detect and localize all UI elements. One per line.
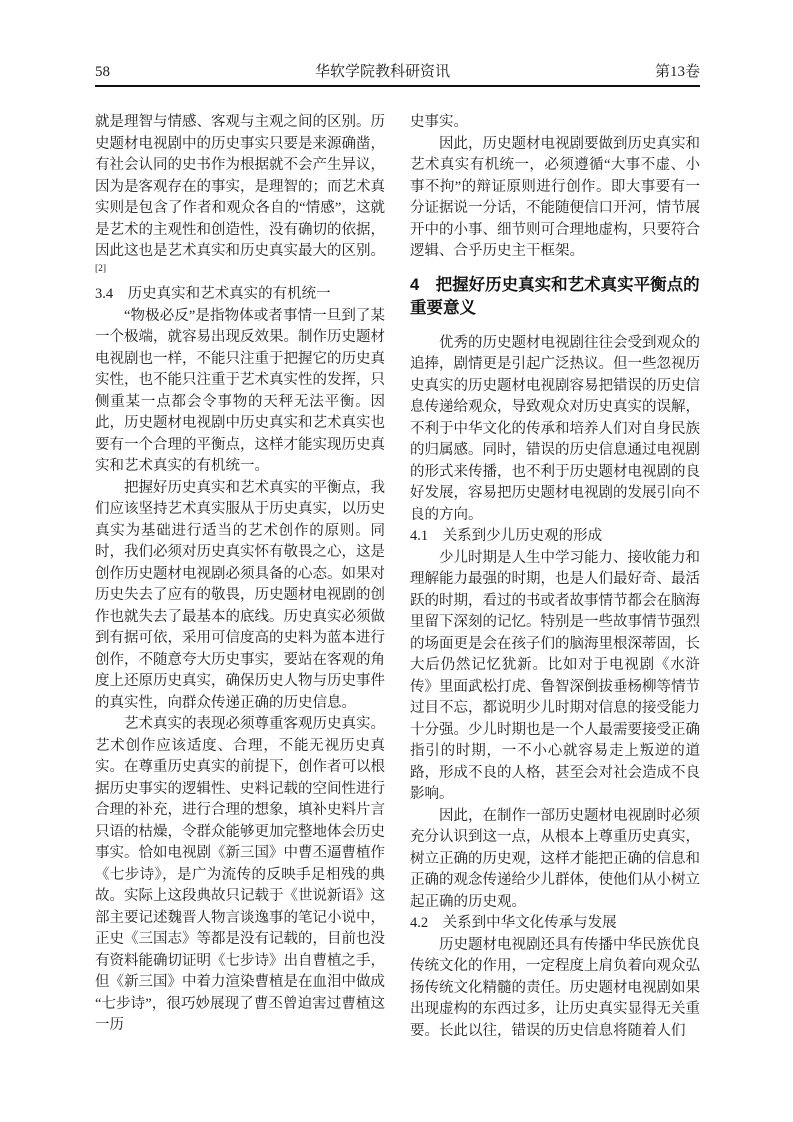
- section-heading-4-1: 4.1 关系到少儿历史观的形成: [410, 526, 700, 548]
- right-column: 史事实。 因此，历史题材电视剧要做到历史真实和艺术真实有机统一，必须遵循“大事不…: [410, 112, 700, 1042]
- header-rule: [95, 85, 700, 87]
- paragraph-text: 就是理智与情感、客观与主观之间的区别。历史题材电视剧中的历史事实只要是来源确凿，…: [95, 114, 385, 259]
- left-column: 就是理智与情感、客观与主观之间的区别。历史题材电视剧中的历史事实只要是来源确凿，…: [95, 112, 385, 1042]
- paragraph: 少儿时期是人生中学习能力、接收能力和理解能力最强的时期，也是人们最好奇、最活跃的…: [410, 548, 700, 806]
- paragraph: 把握好历史真实和艺术真实的平衡点，我们应该坚持艺术真实服从于历史真实，以历史真实…: [95, 478, 385, 715]
- journal-title: 华软学院教科研资讯: [110, 62, 655, 82]
- paragraph: “物极必反”是指物体或者事情一旦到了某一个极端，就容易出现反效果。制作历史题材电…: [95, 306, 385, 478]
- two-column-body: 就是理智与情感、客观与主观之间的区别。历史题材电视剧中的历史事实只要是来源确凿，…: [95, 112, 700, 1042]
- paragraph-continuation: 史事实。: [410, 112, 700, 134]
- paragraph: 优秀的历史题材电视剧往往会受到观众的追捧，剧情更是引起广泛热议。但一些忽视历史真…: [410, 333, 700, 527]
- paragraph: 艺术真实的表现必须尊重客观历史真实。艺术创作应该适度、合理，不能无视历史真实。在…: [95, 714, 385, 1037]
- paragraph-continuation: 就是理智与情感、客观与主观之间的区别。历史题材电视剧中的历史事实只要是来源确凿，…: [95, 112, 385, 284]
- section-heading-4: 4 把握好历史真实和艺术真实平衡点的重要意义: [410, 274, 700, 320]
- page-number: 58: [95, 62, 110, 82]
- paragraph: 因此，在制作一部历史题材电视剧时必须充分认识到这一点，从根本上尊重历史真实，树立…: [410, 806, 700, 914]
- section-heading-3-4: 3.4 历史真实和艺术真实的有机统一: [95, 284, 385, 306]
- section-heading-4-2: 4.2 关系到中华文化传承与发展: [410, 913, 700, 935]
- volume-label: 第13卷: [655, 62, 700, 82]
- citation-ref-2: [2]: [95, 264, 106, 274]
- journal-page: 58 华软学院教科研资讯 第13卷 就是理智与情感、客观与主观之间的区别。历史题…: [0, 0, 793, 1122]
- running-head: 58 华软学院教科研资讯 第13卷: [95, 62, 700, 85]
- paragraph: 历史题材电视剧还具有传播中华民族优良传统文化的作用，一定程度上肩负着向观众弘扬传…: [410, 935, 700, 1043]
- paragraph: 因此，历史题材电视剧要做到历史真实和艺术真实有机统一，必须遵循“大事不虚、小事不…: [410, 134, 700, 263]
